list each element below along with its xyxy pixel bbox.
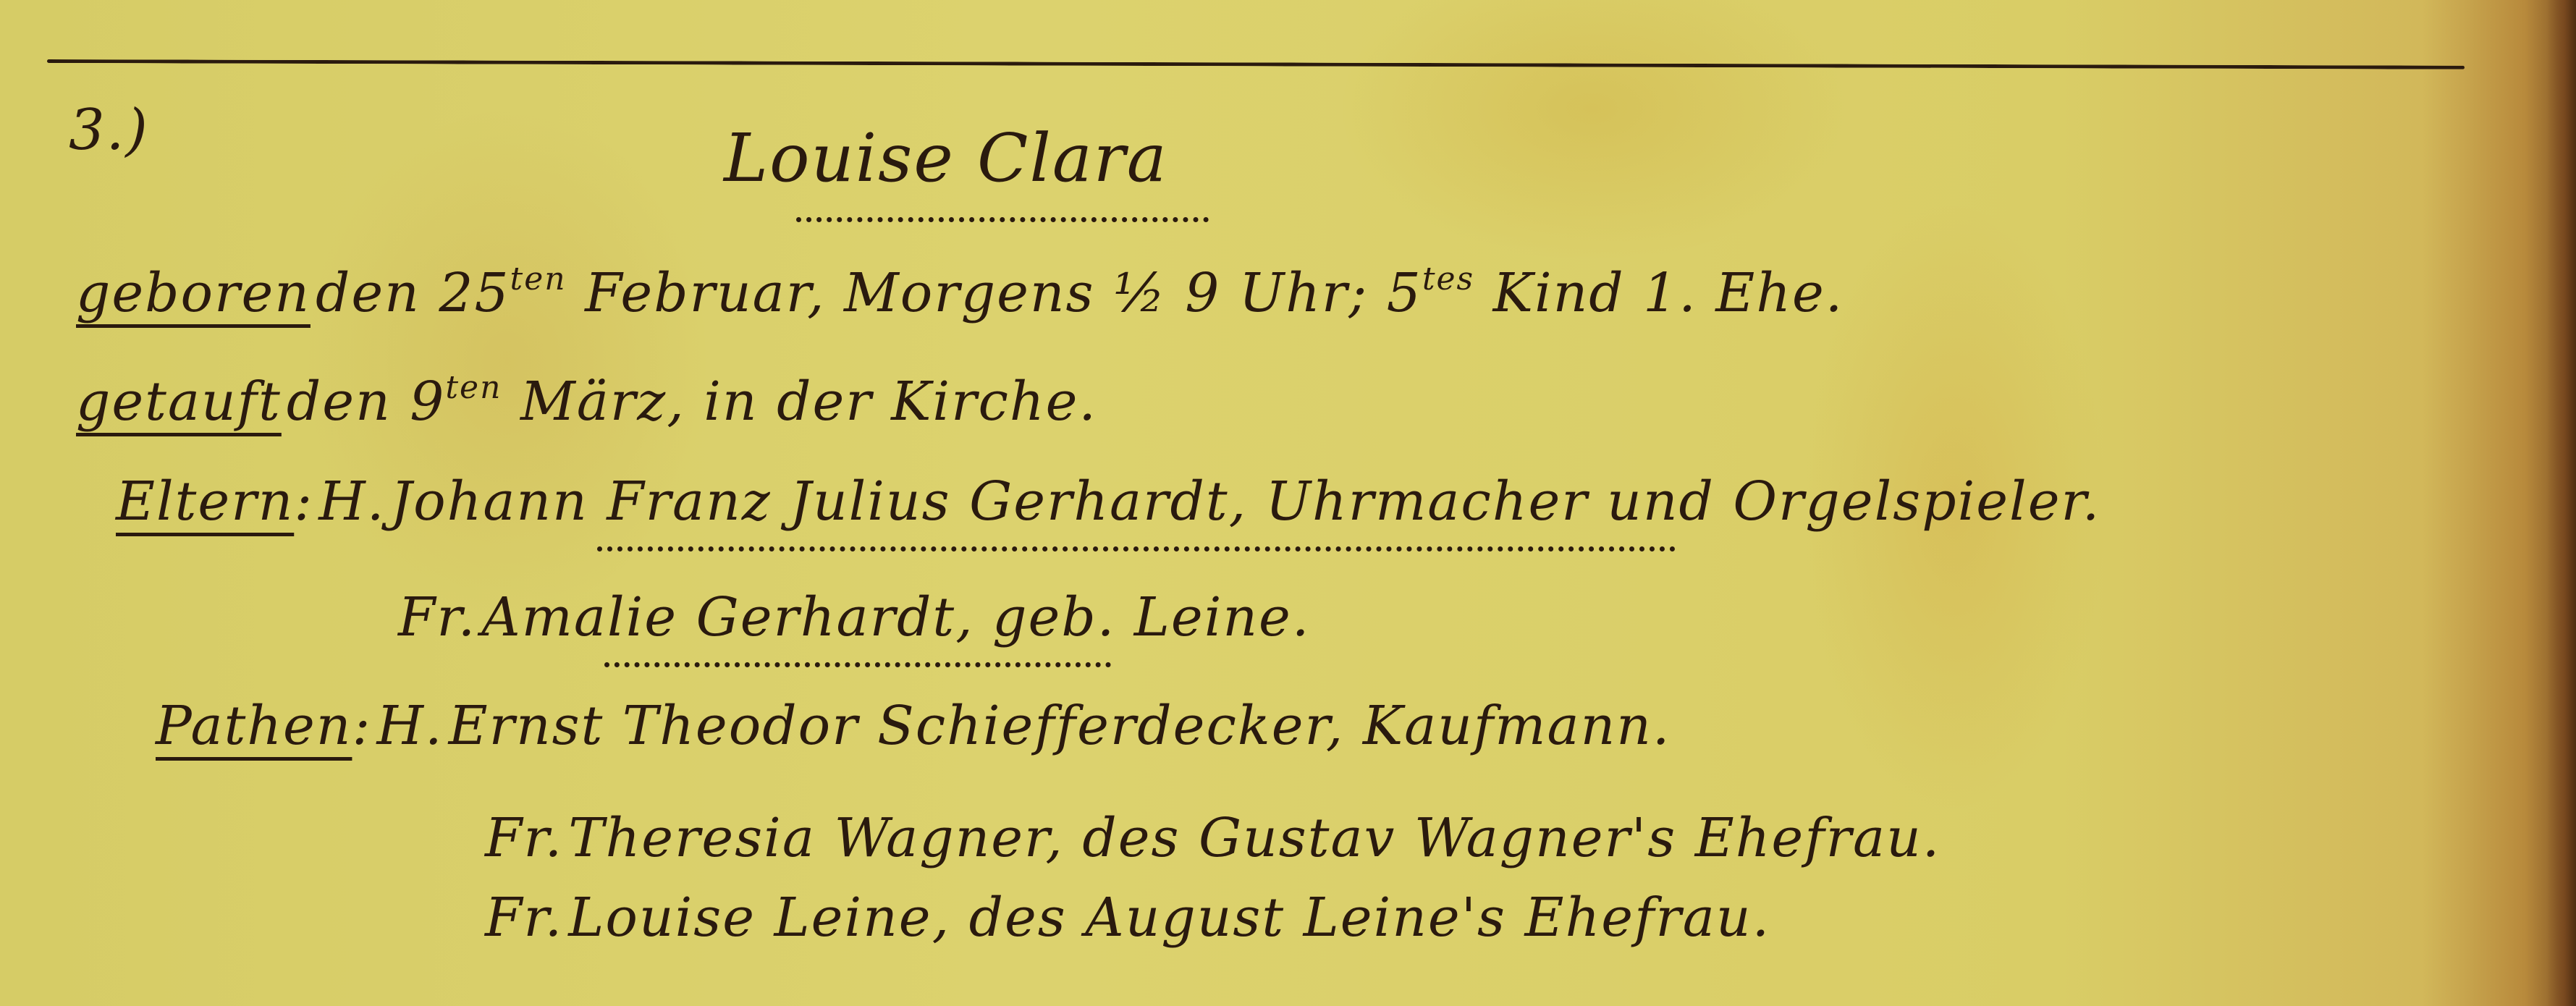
godparent-line-3: Fr. Louise Leine, des August Leine's Ehe… bbox=[485, 887, 1770, 949]
mother-name-dotted-underline bbox=[604, 662, 1111, 667]
birth-day: den 25 bbox=[316, 262, 510, 324]
baptized-label: getauft bbox=[76, 371, 282, 433]
godparent-title: Fr. bbox=[485, 887, 563, 949]
father-name: Johann Franz Julius Gerhardt bbox=[390, 470, 1228, 533]
godparent-detail: , Kaufmann. bbox=[1326, 695, 1671, 757]
mother-title: Fr. bbox=[398, 586, 476, 648]
baptism-record-line: getauft den 9ten März, in der Kirche. bbox=[76, 369, 1097, 433]
mother-name: Amalie Gerhardt bbox=[481, 586, 955, 648]
godparent-detail: , des August Leine's Ehefrau. bbox=[932, 887, 1771, 949]
birth-month-time: Februar, Morgens ½ 9 Uhr; 5 bbox=[585, 262, 1422, 324]
godparent-line-2: Fr. Theresia Wagner, des Gustav Wagner's… bbox=[485, 807, 1941, 869]
father-name-dotted-underline bbox=[597, 546, 1676, 551]
label-colon: : bbox=[294, 470, 313, 533]
birth-record-line: geboren den 25ten Februar, Morgens ½ 9 U… bbox=[76, 261, 1844, 324]
godparent-detail: , des Gustav Wagner's Ehefrau. bbox=[1045, 807, 1941, 869]
godparent-name: Louise Leine bbox=[568, 887, 932, 949]
godparent-line-1: Pathen: H. Ernst Theodor Schiefferdecker… bbox=[156, 695, 1671, 757]
book-binding-edge bbox=[2547, 0, 2576, 1006]
birth-date: den 25ten Februar, Morgens ½ 9 Uhr; 5tes… bbox=[316, 262, 1844, 324]
father-line: Eltern: H. Johann Franz Julius Gerhardt,… bbox=[116, 470, 2100, 533]
baptism-date: den 9ten März, in der Kirche. bbox=[287, 371, 1097, 433]
label-colon: : bbox=[352, 695, 371, 757]
father-occupation: , Uhrmacher und Orgelspieler. bbox=[1229, 470, 2101, 533]
parents-label: Eltern bbox=[116, 470, 294, 533]
baptism-month-place: März, in der Kirche. bbox=[520, 371, 1097, 433]
child-name-dotted-underline bbox=[796, 217, 1209, 222]
entry-number: 3.) bbox=[69, 98, 149, 163]
ordinal-suffix: ten bbox=[445, 369, 502, 406]
godparent-name: Ernst Theodor Schiefferdecker bbox=[449, 695, 1326, 757]
godparents-label: Pathen bbox=[156, 695, 352, 757]
mother-maiden-name: , geb. Leine. bbox=[955, 586, 1310, 648]
ordinal-suffix: ten bbox=[510, 261, 567, 297]
godparent-title: H. bbox=[376, 695, 443, 757]
child-name: Louise Clara bbox=[724, 119, 1168, 197]
godparent-name: Theresia Wagner bbox=[568, 807, 1045, 869]
father-title: H. bbox=[318, 470, 385, 533]
mother-line: Fr. Amalie Gerhardt, geb. Leine. bbox=[398, 586, 1310, 648]
born-label: geboren bbox=[76, 262, 311, 324]
godparent-title: Fr. bbox=[485, 807, 563, 869]
child-order: Kind 1. Ehe. bbox=[1493, 262, 1844, 324]
baptism-day: den 9 bbox=[287, 371, 445, 433]
ordinal-suffix: tes bbox=[1422, 261, 1474, 297]
